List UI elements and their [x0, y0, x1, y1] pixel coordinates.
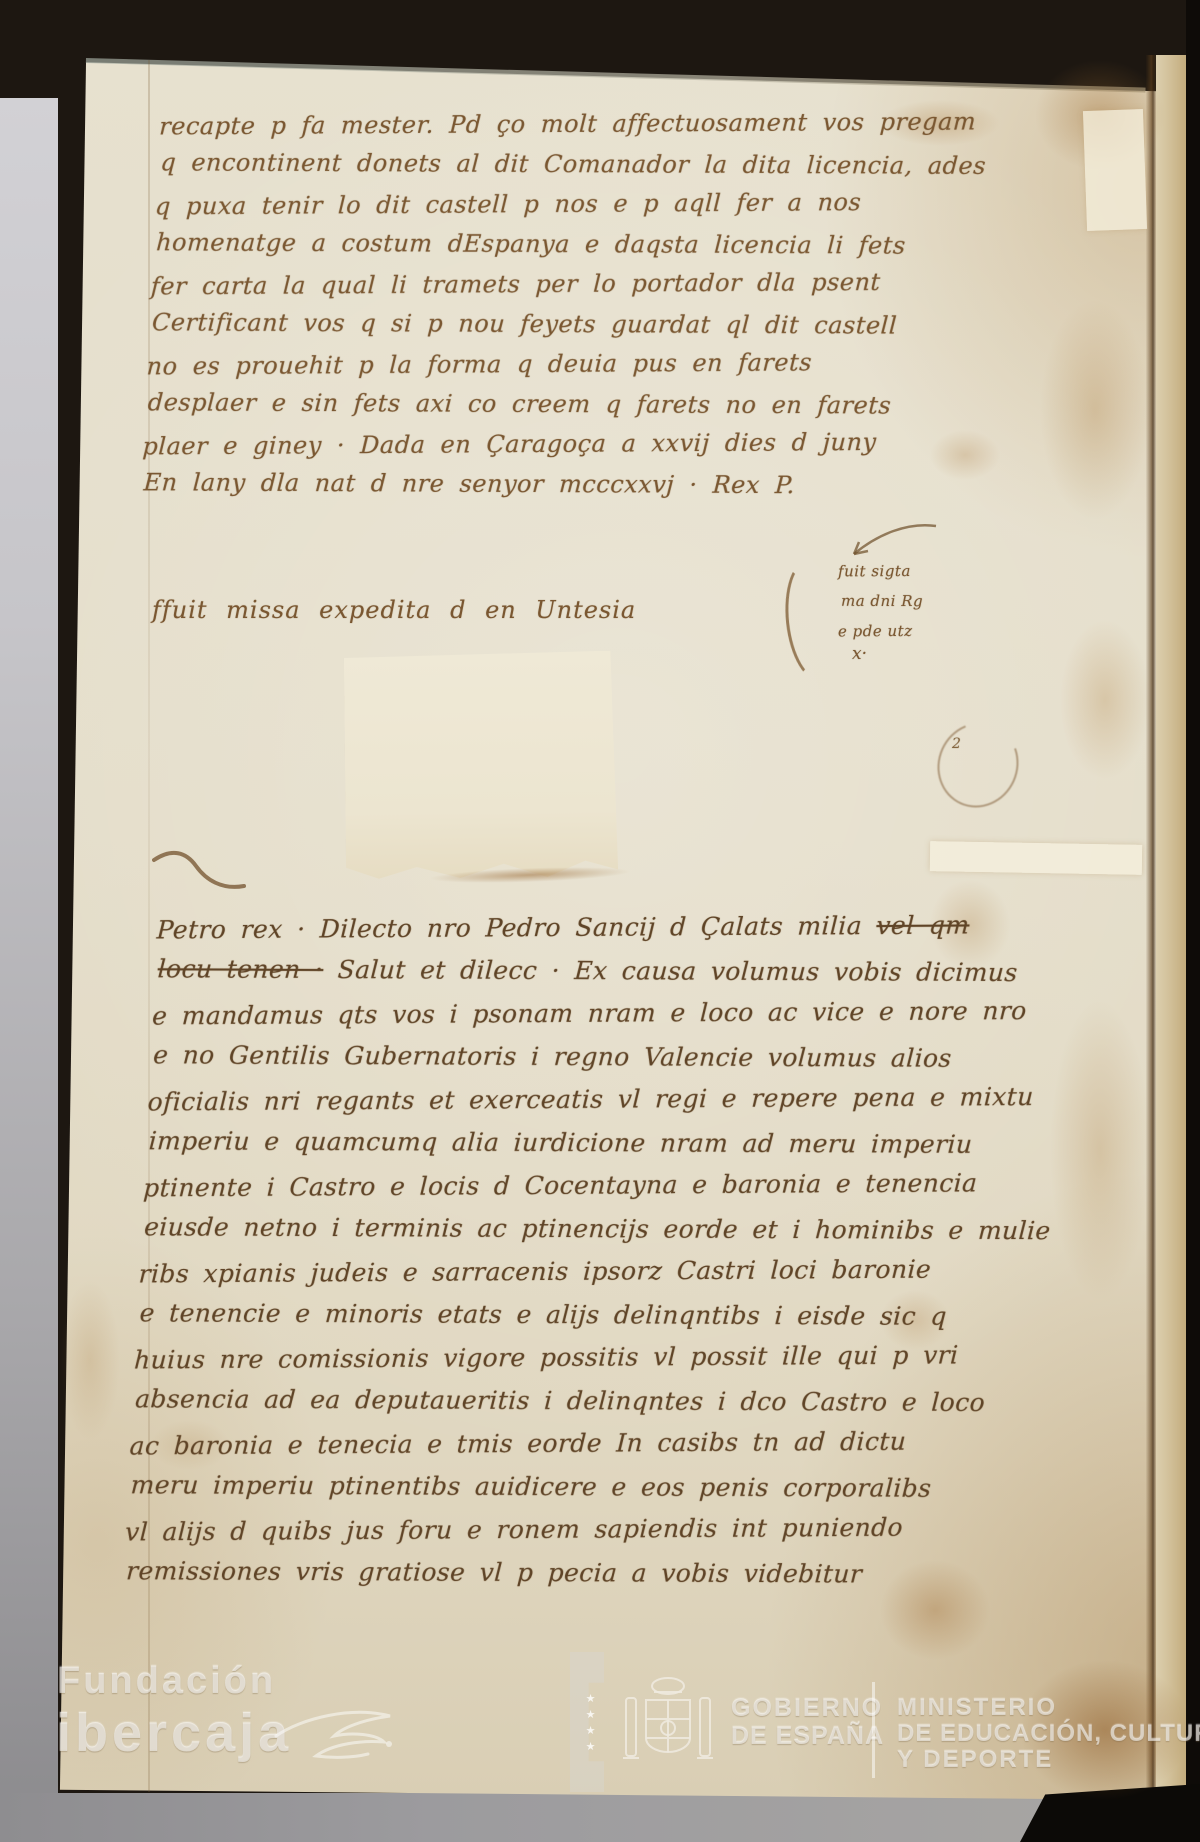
marginal-note: fuit sigta ma dni Rg e pde utz [838, 556, 948, 646]
text-line: recapte p fa mester. Pd ço molt affectuo… [158, 102, 952, 147]
text-line: meru imperiu ptinentibs auidicere e eos … [129, 1463, 931, 1509]
gobierno-watermark-line2: DE ESPAÑA [731, 1722, 884, 1751]
text-line: ma dni Rg [841, 586, 951, 616]
text-line: remissiones vris gratiose vl p pecia a v… [125, 1549, 927, 1595]
gobierno-watermark-line1: GOBIERNO [731, 1694, 883, 1723]
text-line: e tenencie e minoris etats e alijs delin… [138, 1291, 940, 1337]
latin-letter-paragraph: Petro rex · Dilecto nro Pedro Sancij d Ç… [122, 906, 958, 1594]
repair-tape [930, 841, 1142, 875]
text-line: huius nre comissionis vigore possitis vl… [133, 1334, 935, 1382]
struck-text: locu tenen · [157, 954, 324, 984]
marginal-mark: x· [852, 644, 867, 664]
text-line: Petro rex · Dilecto nro Pedro Sancij d Ç… [156, 904, 958, 952]
ibercaja-logo-icon [272, 1698, 397, 1768]
text-line: absencia ad ea deputaueritis i delinqnte… [134, 1377, 936, 1423]
manuscript-photo: recapte p fa mester. Pd ço molt affectuo… [0, 0, 1200, 1842]
dark-edge-right [1186, 0, 1200, 1842]
text-line: vl alijs d quibs jus foru e ronem sapien… [124, 1506, 926, 1554]
ibercaja-watermark-line1: Fundación [57, 1660, 276, 1703]
text-line: ribs xpianis judeis e sarracenis ipsorz … [138, 1248, 940, 1296]
text-line: q puxa tenir lo dit castell p nos e p aq… [154, 182, 948, 227]
paper-repair-patch [344, 651, 618, 882]
text-line: En lany dla nat d nre senyor mcccxxvj · … [143, 462, 937, 505]
text-segment: Petro rex · Dilecto nro Pedro Sancij d Ç… [156, 911, 877, 944]
text-line: ac baronia e tenecia e tmis eorde In cas… [129, 1420, 931, 1468]
struck-text: vel qm [876, 910, 970, 940]
text-line: Certificant vos q si p nou feyets guarda… [151, 302, 945, 345]
catalan-letter-paragraph: recapte p fa mester. Pd ço molt affectuo… [140, 104, 953, 504]
ibercaja-watermark-line2: ibercaja [56, 1702, 292, 1764]
chancery-closing-line: ffuit missa expedita d en Untesia [152, 596, 636, 624]
flag-stars: ★ ★ ★ ★ [574, 1660, 590, 1786]
text-line: e pde utz [838, 616, 948, 647]
text-line: eiusde netno i terminis ac ptinencijs eo… [143, 1205, 945, 1251]
watermark-divider [872, 1682, 875, 1778]
text-line: fuit sigta [838, 556, 948, 587]
text-line: e mandamus qts vos i psonam nram e loco … [151, 990, 953, 1038]
text-line: oficialis nri regants et exerceatis vl r… [147, 1076, 949, 1124]
text-line: desplaer e sin fets axi co creem q faret… [147, 382, 941, 425]
ministerio-watermark-line2: DE EDUCACIÓN, CULTURA [897, 1720, 1200, 1748]
ink-flourish [152, 846, 248, 898]
spain-coat-of-arms-icon [618, 1676, 718, 1770]
underlying-page-edge [1156, 55, 1186, 1797]
text-line: no es prouehit p la forma q deuia pus en… [146, 342, 940, 387]
ministerio-watermark-line1: MINISTERIO [897, 1694, 1057, 1722]
ministerio-watermark-line3: Y DEPORTE [897, 1746, 1053, 1774]
grey-backdrop-bottom [0, 1793, 1080, 1842]
text-line: plaer e giney · Dada en Çaragoça a xxvij… [142, 422, 936, 467]
folio-mark: 2 [952, 736, 961, 752]
text-line: locu tenen · Salut et dilecc · Ex causa … [157, 947, 959, 993]
repair-tape [1083, 109, 1147, 231]
text-line: imperiu e quamcumq alia iurdicione nram … [148, 1119, 950, 1165]
text-segment: Salut et dilecc · Ex causa volumus vobis… [323, 955, 1019, 987]
text-line: fer carta la qual li tramets per lo port… [150, 262, 944, 307]
text-line: ptinente i Castro e locis d Cocentayna e… [142, 1162, 944, 1210]
grey-backdrop-left [0, 98, 58, 1842]
right-crease [1146, 55, 1156, 1797]
text-line: e no Gentilis Gubernatoris i regno Valen… [152, 1033, 954, 1079]
text-line: q encontinent donets al dit Comanador la… [159, 142, 953, 185]
text-line: homenatge a costum dEspanya e daqsta lic… [155, 222, 949, 265]
